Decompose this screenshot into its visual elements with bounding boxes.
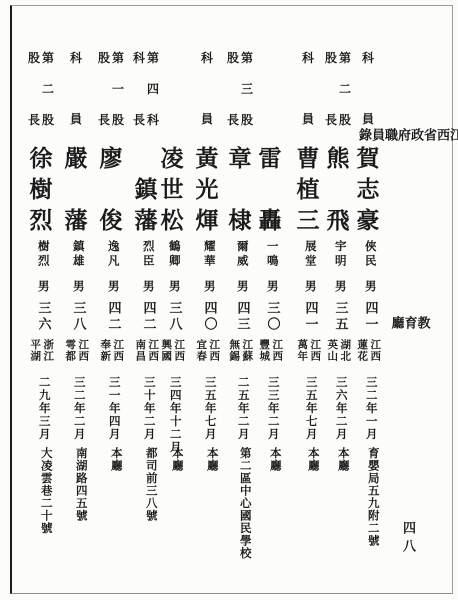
gender-label: 男 (236, 280, 248, 295)
position-label-char: 第 (339, 52, 351, 64)
native-province: 江西 (209, 339, 220, 362)
age-value: 三六 (37, 301, 50, 333)
person-column: 科員嚴藩鎮雄男三八江西雩都三二年二月南湖路四五號 (62, 0, 90, 600)
age-value: 四〇 (203, 301, 216, 333)
position-suffix-char: 長 (98, 114, 110, 126)
age-value: 四二 (107, 301, 120, 333)
person-name-char: 曹 (297, 147, 320, 170)
gender-label: 男 (107, 280, 119, 295)
courtesy-name: 宇明 (334, 240, 346, 269)
position-label-char: 股 (42, 114, 54, 126)
office-address: 本廳 (171, 447, 183, 472)
position-label-char: 第 (112, 52, 124, 64)
position-suffix-char: 長 (28, 114, 40, 126)
page-number: 四八 (401, 521, 414, 557)
person-name-char: 豪 (357, 209, 380, 232)
appointment-date: 三四年十二月 (169, 376, 181, 454)
age-value: 三五 (334, 301, 347, 333)
position-label-char: 第 (241, 52, 253, 64)
person-name-char: 轟 (259, 209, 282, 232)
native-province: 江西 (310, 339, 321, 362)
position-label-char: 員 (302, 113, 314, 125)
person-name-char: 雷 (259, 147, 282, 170)
person-name-char: 松 (161, 209, 184, 232)
native-province: 江西 (148, 339, 159, 362)
gender-label: 男 (37, 280, 49, 295)
person-name-char: 棣 (229, 209, 252, 232)
position-label-char: 二 (339, 83, 351, 95)
position-label-char: 第 (42, 52, 54, 64)
position-suffix-char: 長 (133, 114, 145, 126)
position-suffix-char: 長 (325, 114, 337, 126)
appointment-date: 三一年四月 (108, 376, 120, 441)
position-label-char: 科 (147, 114, 159, 126)
position-label-char: 科 (302, 52, 314, 64)
person-column: 第二股股長熊飛宇明男三五湖北英山三六年二月本廳 (324, 0, 352, 600)
person-name-char: 樹 (30, 178, 53, 201)
person-name-char: 賀 (357, 147, 380, 170)
office-address: 本廳 (206, 447, 218, 472)
position-label-char: 第 (147, 52, 159, 64)
position-suffix-char: 長 (227, 114, 239, 126)
person-name-char: 俊 (100, 209, 123, 232)
position-label-char: 員 (70, 113, 82, 125)
appointment-date: 二五年二月 (237, 376, 249, 441)
native-county: 雩都 (65, 339, 76, 362)
native-county: 萬年 (297, 339, 308, 362)
person-name-char: 志 (357, 178, 380, 201)
native-province: 江西 (272, 339, 283, 362)
courtesy-name: 烈臣 (142, 240, 154, 269)
position-label-char: 員 (201, 113, 213, 125)
person-name-char: 飛 (327, 209, 350, 232)
native-county: 宜春 (196, 339, 207, 362)
office-address: 本廳 (337, 447, 349, 472)
gender-label: 男 (142, 280, 154, 295)
position-suffix-char: 股 (227, 52, 239, 64)
appointment-date: 二九年三月 (38, 376, 50, 441)
position-suffix-char: 科 (133, 52, 145, 64)
position-label-char: 科 (70, 52, 82, 64)
courtesy-name: 鎮雄 (72, 240, 84, 269)
person-column: 科員賀志豪俠民男四一江西蓮花三二年一月育嬰局五九附二號 (354, 0, 382, 600)
courtesy-name: 展堂 (304, 240, 316, 269)
gender-label: 男 (168, 280, 180, 295)
native-county: 平湖 (30, 339, 41, 362)
gender-label: 男 (266, 280, 278, 295)
section-title: 教育廳 (390, 316, 429, 332)
courtesy-name: 俠民 (364, 240, 376, 269)
office-address: 本廳 (269, 447, 281, 472)
position-label-char: 股 (112, 114, 124, 126)
gender-label: 男 (304, 280, 316, 295)
native-province: 江西 (78, 339, 89, 362)
gender-label: 男 (72, 280, 84, 295)
age-value: 三八 (168, 301, 181, 333)
native-county: 豐城 (259, 339, 270, 362)
appointment-date: 三五年七月 (204, 376, 216, 441)
native-county: 英山 (327, 339, 338, 362)
appointment-date: 三二年一月 (365, 376, 377, 441)
native-county: 蓮花 (357, 339, 368, 362)
person-name-char: 鎮 (135, 178, 158, 201)
age-value: 四一 (364, 301, 377, 333)
native-province: 江蘇 (242, 339, 253, 362)
scanned-directory-page: 江西省政府職員錄 教育廳 四八 科員賀志豪俠民男四一江西蓮花三二年一月育嬰局五九… (0, 0, 458, 600)
person-column: 凌世松鶴卿男三八江西興國三四年十二月本廳 (158, 0, 186, 600)
native-province: 江西 (174, 339, 185, 362)
office-address: 南湖路四五號 (75, 447, 87, 522)
office-address: 都司前三八號 (145, 447, 157, 522)
courtesy-name: 一鳴 (266, 240, 278, 269)
position-label-char: 員 (362, 113, 374, 125)
person-name-char: 藩 (65, 209, 88, 232)
age-value: 四三 (236, 301, 249, 333)
person-name-char: 光 (196, 178, 219, 201)
person-column: 第二股股長徐樹烈樹烈男三六浙江平湖二九年三月大凌雲巷二十號 (27, 0, 55, 600)
person-name-char: 廖 (100, 147, 123, 170)
person-name-char: 三 (297, 209, 320, 232)
person-name-char: 嚴 (65, 147, 88, 170)
position-suffix-char: 股 (28, 52, 40, 64)
age-value: 四一 (304, 301, 317, 333)
native-county: 南昌 (135, 339, 146, 362)
position-suffix-char: 股 (98, 52, 110, 64)
position-label-char: 四 (147, 83, 159, 95)
native-province: 湖北 (340, 339, 351, 362)
person-name-char: 世 (161, 178, 184, 201)
person-name-char: 熊 (327, 147, 350, 170)
courtesy-name: 鶴卿 (168, 240, 180, 269)
courtesy-name: 樹烈 (37, 240, 49, 269)
person-column: 科員曹植三展堂男四一江西萬年三五年七月本廳 (294, 0, 322, 600)
person-name-char: 章 (229, 147, 252, 170)
gender-label: 男 (334, 280, 346, 295)
person-name-char: 徐 (30, 147, 53, 170)
office-address: 第二區中心國民學校 (239, 447, 251, 560)
position-label-char: 股 (241, 114, 253, 126)
person-column: 第三股股長章棣爾威男四三江蘇無錫二五年二月第二區中心國民學校 (226, 0, 254, 600)
office-address: 大凌雲巷二十號 (40, 447, 52, 535)
person-column: 第四科科長鎮藩烈臣男四二江西南昌三十年二月都司前三八號 (132, 0, 160, 600)
position-label-char: 科 (201, 52, 213, 64)
courtesy-name: 逸凡 (107, 240, 119, 269)
appointment-date: 三三年二月 (267, 376, 279, 441)
native-county: 奉新 (100, 339, 111, 362)
person-column: 第一股股長廖俊逸凡男四二江西奉新三一年四月本廳 (97, 0, 125, 600)
person-column: 雷轟一鳴男三〇江西豐城三三年二月本廳 (256, 0, 284, 600)
position-label-char: 二 (42, 83, 54, 95)
person-name-char: 藩 (135, 209, 158, 232)
position-label-char: 三 (241, 83, 253, 95)
appointment-date: 三六年二月 (335, 376, 347, 441)
office-address: 本廳 (307, 447, 319, 472)
office-address: 育嬰局五九附二號 (367, 447, 379, 547)
position-label-char: 股 (339, 114, 351, 126)
office-address: 本廳 (110, 447, 122, 472)
person-name-char: 凌 (161, 147, 184, 170)
person-name-char: 煇 (196, 209, 219, 232)
native-province: 浙江 (43, 339, 54, 362)
native-province: 江西 (370, 339, 381, 362)
native-province: 江西 (113, 339, 124, 362)
person-name-char: 黃 (196, 147, 219, 170)
person-column: 科員黃光煇耀華男四〇江西宜春三五年七月本廳 (193, 0, 221, 600)
age-value: 三〇 (266, 301, 279, 333)
age-value: 三八 (72, 301, 85, 333)
appointment-date: 三二年二月 (73, 376, 85, 441)
appointment-date: 三十年二月 (143, 376, 155, 441)
native-county: 無錫 (229, 339, 240, 362)
gender-label: 男 (364, 280, 376, 295)
position-label-char: 一 (112, 83, 124, 95)
courtesy-name: 耀華 (203, 240, 215, 269)
native-county: 興國 (161, 339, 172, 362)
courtesy-name: 爾威 (236, 240, 248, 269)
gender-label: 男 (203, 280, 215, 295)
position-suffix-char: 股 (325, 52, 337, 64)
appointment-date: 三五年七月 (305, 376, 317, 441)
person-name-char: 植 (297, 178, 320, 201)
person-name-char: 烈 (30, 209, 53, 232)
age-value: 四二 (142, 301, 155, 333)
position-label-char: 科 (362, 52, 374, 64)
